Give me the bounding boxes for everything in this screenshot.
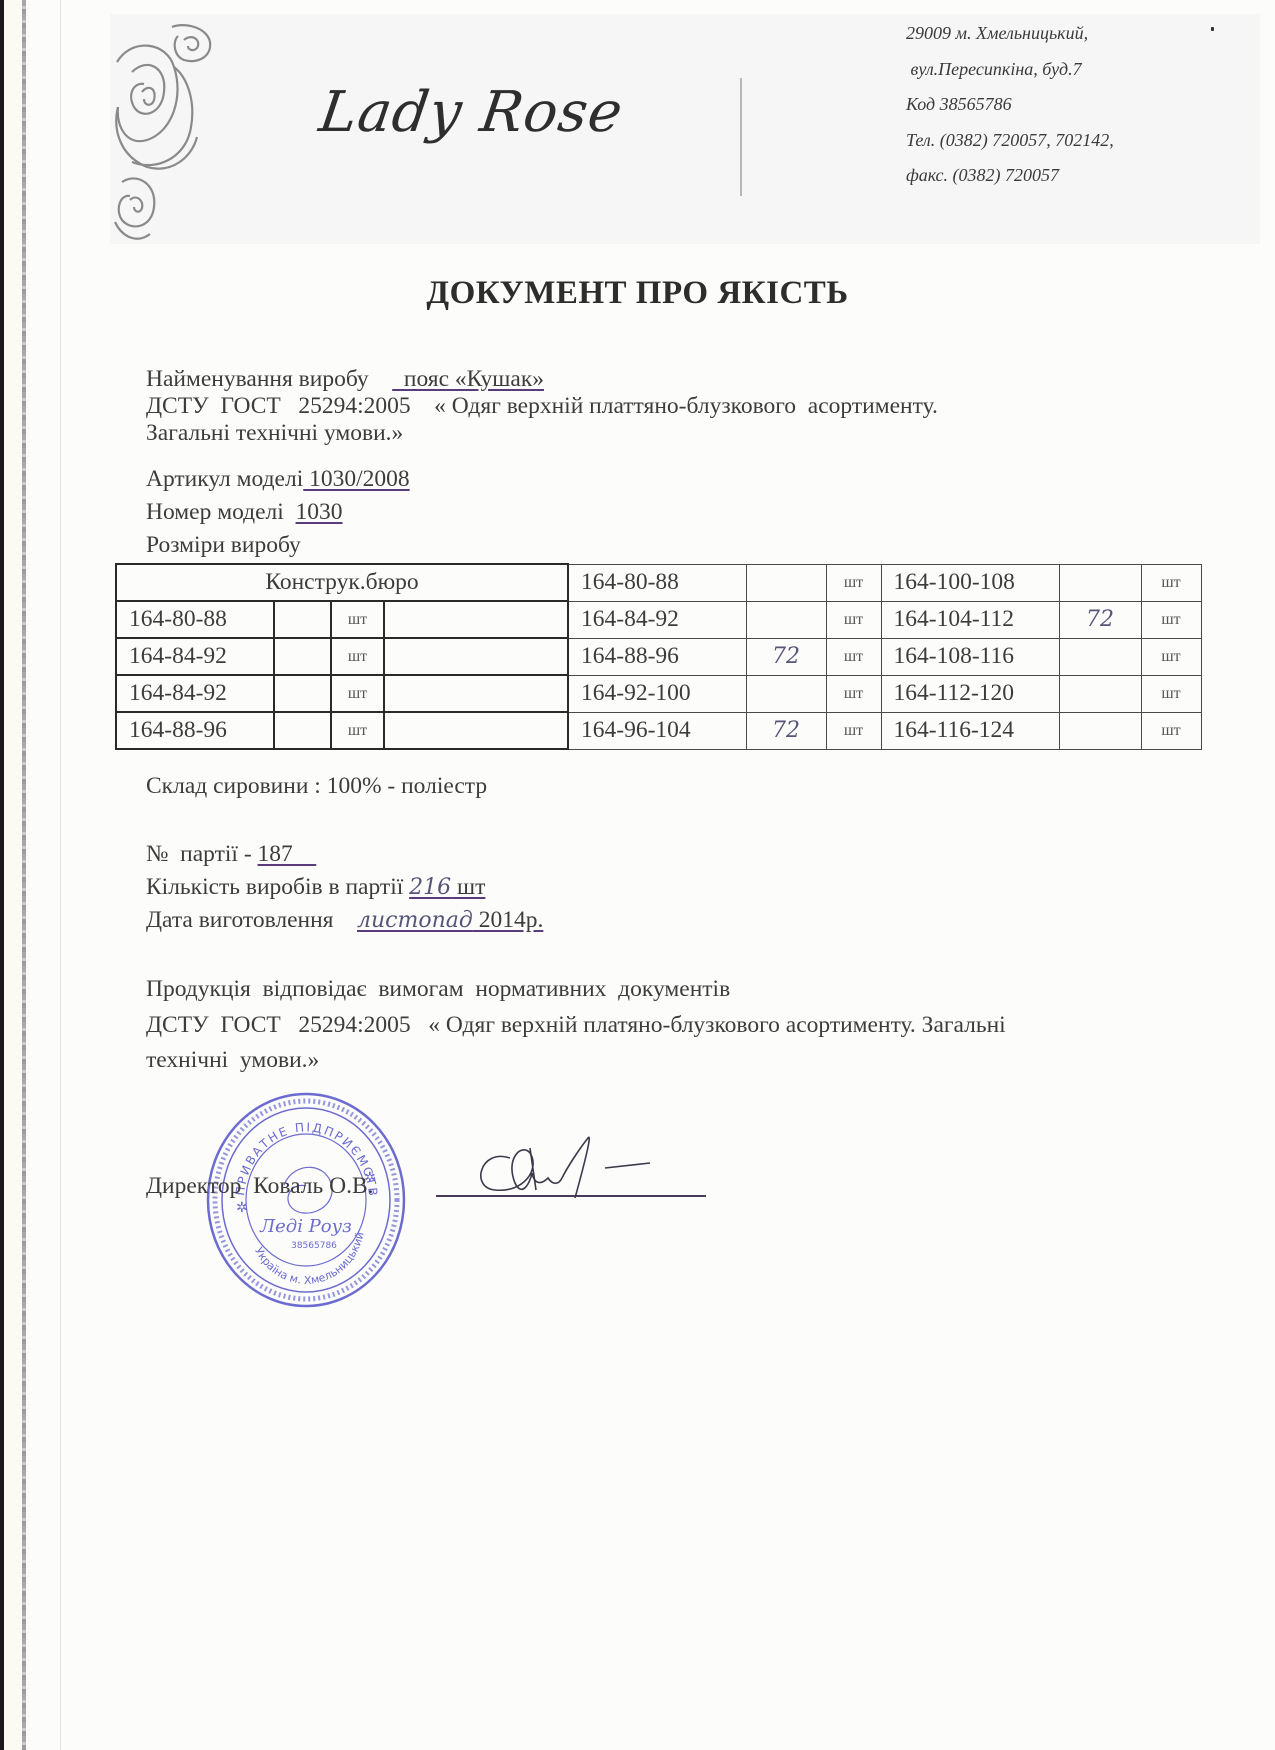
qty-cell <box>274 601 331 638</box>
size-cell: 164-108-116 <box>881 638 1059 675</box>
qty-cell <box>1059 675 1141 712</box>
size-cell: 164-116-124 <box>881 712 1059 749</box>
qty-cell <box>1059 712 1141 749</box>
brand-logo: Lady Rose <box>315 80 627 145</box>
table-row: 164-84-92шт164-92-100шт164-112-120шт <box>116 675 1201 712</box>
unit-cell: шт <box>826 601 881 638</box>
qty-cell: 72 <box>746 712 826 749</box>
empty-cell <box>384 675 568 712</box>
unit-cell: шт <box>1141 712 1201 749</box>
manufacture-date-group: листопад 2014р. <box>357 907 543 933</box>
rose-ornament-icon <box>112 22 222 247</box>
header-divider <box>740 78 742 196</box>
sizes-table: Конструк.бюро164-80-88шт164-100-108шт164… <box>115 563 1202 750</box>
model-number-row: Номер моделі 1030 <box>146 498 343 526</box>
size-cell: 164-96-104 <box>568 712 746 749</box>
size-cell: 164-88-96 <box>568 638 746 675</box>
handwritten-signature-icon <box>470 1128 670 1218</box>
size-cell: 164-80-88 <box>116 601 274 638</box>
manufacture-date-label: Дата виготовлення <box>146 907 357 933</box>
address-line: 29009 м. Хмельницький, <box>906 16 1114 52</box>
unit-cell: шт <box>331 675 384 712</box>
sizes-label: Розміри виробу <box>146 531 301 559</box>
batch-count-label: Кількість виробів в партії <box>146 874 409 900</box>
empty-cell <box>384 638 568 675</box>
company-code: Код 38565786 <box>906 87 1114 123</box>
scan-artifact-faint <box>60 0 61 1750</box>
standard-line-1: ДСТУ ГОСТ 25294:2005 « Одяг верхній плат… <box>146 392 938 420</box>
unit-cell: шт <box>1141 638 1201 675</box>
compliance-line-2: ДСТУ ГОСТ 25294:2005 « Одяг верхній плат… <box>146 1011 1006 1039</box>
table-row: Конструк.бюро164-80-88шт164-100-108шт <box>116 564 1201 601</box>
unit-cell: шт <box>826 675 881 712</box>
table-row: 164-84-92шт164-88-9672шт164-108-116шт <box>116 638 1201 675</box>
size-cell: 164-100-108 <box>881 564 1059 601</box>
empty-cell <box>384 712 568 749</box>
unit-cell: шт <box>1141 564 1201 601</box>
company-address: 29009 м. Хмельницький, вул.Пересипкіна, … <box>906 16 1114 194</box>
table-row: 164-80-88шт164-84-92шт164-104-11272шт <box>116 601 1201 638</box>
unit-cell: шт <box>826 638 881 675</box>
size-cell: 164-112-120 <box>881 675 1059 712</box>
manufacture-date-row: Дата виготовлення листопад 2014р. <box>146 906 543 935</box>
article-label: Артикул моделі <box>146 466 303 492</box>
empty-cell <box>384 601 568 638</box>
table-row: 164-88-96шт164-96-10472шт164-116-124шт <box>116 712 1201 749</box>
scan-artifact-line <box>22 0 26 1750</box>
size-cell: 164-92-100 <box>568 675 746 712</box>
svg-text:38565786: 38565786 <box>291 1241 337 1251</box>
qty-cell <box>1059 638 1141 675</box>
size-cell: 164-84-92 <box>116 638 274 675</box>
svg-text:✲: ✲ <box>236 1200 248 1216</box>
model-number-value: 1030 <box>296 499 343 525</box>
document-title: ДОКУМЕНТ ПРО ЯКІСТЬ <box>0 275 1275 312</box>
ink-dot <box>1211 27 1214 31</box>
unit-cell: шт <box>331 638 384 675</box>
phone: Тел. (0382) 720057, 702142, <box>906 123 1114 159</box>
fax: факс. (0382) 720057 <box>906 158 1114 194</box>
director-label: Директор Коваль О.В. <box>146 1172 379 1200</box>
manufacture-year: 2014р. <box>473 907 544 933</box>
batch-number-label: № партії - <box>146 841 258 867</box>
size-cell: 164-88-96 <box>116 712 274 749</box>
model-number-label: Номер моделі <box>146 499 296 525</box>
qty-cell <box>274 712 331 749</box>
batch-number-row: № партії - 187 <box>146 840 316 868</box>
table-header-cell: Конструк.бюро <box>116 564 568 601</box>
unit-cell: шт <box>826 564 881 601</box>
manufacture-month: листопад <box>357 908 473 933</box>
size-cell: 164-84-92 <box>568 601 746 638</box>
qty-cell <box>746 675 826 712</box>
unit-cell: шт <box>1141 675 1201 712</box>
standard-line-2: Загальні технічні умови.» <box>146 419 403 447</box>
size-cell: 164-84-92 <box>116 675 274 712</box>
article-row: Артикул моделі 1030/2008 <box>146 465 410 493</box>
product-name-row: Найменування виробу пояс «Кушак» <box>146 365 544 393</box>
batch-count-value: 216 <box>409 875 451 900</box>
unit-cell: шт <box>826 712 881 749</box>
batch-count-row: Кількість виробів в партії 216 шт <box>146 873 485 902</box>
product-name-label: Найменування виробу <box>146 366 369 392</box>
address-line: вул.Пересипкіна, буд.7 <box>906 52 1114 88</box>
composition: Склад сировини : 100% - поліестр <box>146 772 487 800</box>
compliance-line-1: Продукція відповідає вимогам нормативних… <box>146 975 730 1003</box>
qty-cell <box>1059 564 1141 601</box>
qty-cell: 72 <box>1059 601 1141 638</box>
scan-edge <box>0 0 4 1750</box>
batch-count-group: 216 шт <box>409 874 485 900</box>
unit-cell: шт <box>1141 601 1201 638</box>
qty-cell <box>746 564 826 601</box>
batch-number-value: 187 <box>258 841 317 867</box>
qty-cell <box>274 638 331 675</box>
batch-count-unit: шт <box>451 874 485 900</box>
unit-cell: шт <box>331 712 384 749</box>
qty-cell <box>746 601 826 638</box>
company-stamp-icon: ПРИВАТНЕ ПІДПРИЄМСТВО Україна м. Хмельни… <box>204 1090 409 1310</box>
size-cell: 164-104-112 <box>881 601 1059 638</box>
article-value: 1030/2008 <box>303 466 409 492</box>
compliance-line-3: технічні умови.» <box>146 1046 319 1074</box>
svg-text:Леді Роуз: Леді Роуз <box>259 1216 352 1237</box>
qty-cell: 72 <box>746 638 826 675</box>
size-cell: 164-80-88 <box>568 564 746 601</box>
product-name-value: пояс «Кушак» <box>392 366 544 392</box>
unit-cell: шт <box>331 601 384 638</box>
qty-cell <box>274 675 331 712</box>
